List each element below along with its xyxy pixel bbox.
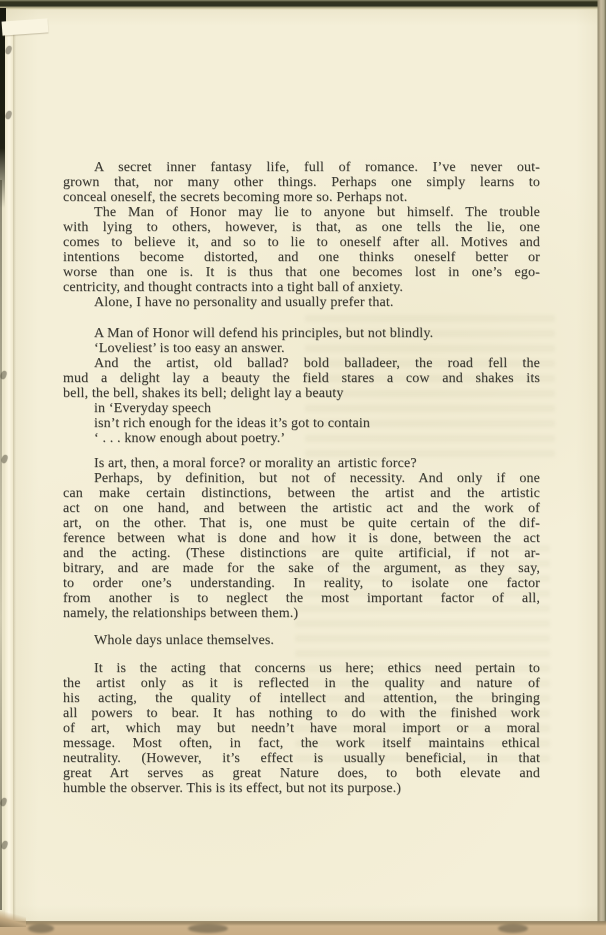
bottom-left-page-curl [0, 911, 26, 927]
text-line: of art, which may but needn’t have moral… [63, 721, 540, 736]
text-line: It is the acting that concerns us here; … [63, 661, 540, 676]
text-line: great Art serves as great Nature does, t… [63, 766, 540, 781]
text-line: conceal oneself, the secrets becoming mo… [63, 190, 540, 205]
text-line: bell, the bell, shakes its bell; delight… [63, 386, 540, 401]
text-line: from another is to neglect the most impo… [63, 591, 540, 606]
edge-smudge [498, 924, 528, 933]
paragraph-block: A Man of Honor will defend his principle… [63, 326, 540, 446]
text-line: ‘ . . . know enough about poetry.’ [63, 431, 540, 446]
text-line: And the artist, old ballad? bold ballade… [63, 356, 540, 371]
text-line: The Man of Honor may lie to anyone but h… [63, 205, 540, 220]
edge-smudge [28, 924, 54, 933]
text-line: namely, the relationships between them.) [63, 606, 540, 621]
text-line: centricity, and thought contracts into a… [63, 280, 540, 295]
page-block-edge-bottom [0, 921, 606, 935]
text-line: intentions become distorted, and one thi… [63, 250, 540, 265]
text-line: mud a delight lay a beauty the field sta… [63, 371, 540, 386]
text-line: the artist only as it is reflected in th… [63, 676, 540, 691]
text-line: can make certain distinctions, between t… [63, 486, 540, 501]
text-line: isn’t rich enough for the ideas it’s got… [63, 416, 540, 431]
text-line: all powers to bear. It has nothing to do… [63, 706, 540, 721]
text-line: bitrary, and are made for the sake of th… [63, 561, 540, 576]
text-line: grown that, nor many other things. Perha… [63, 175, 540, 190]
paragraph-block: It is the acting that concerns us here; … [63, 661, 540, 796]
text-line: Perhaps, by definition, but not of neces… [63, 471, 540, 486]
text-line: message. Most often, in fact, the work i… [63, 736, 540, 751]
text-line: neutrality. (However, it’s effect is usu… [63, 751, 540, 766]
text-line: Whole days unlace themselves. [63, 633, 540, 648]
paragraph-block: Whole days unlace themselves. [63, 633, 540, 648]
edge-smudge [188, 924, 228, 933]
text-line: to order one’s understanding. In reality… [63, 576, 540, 591]
paragraph-block: Is art, then, a moral force? or morality… [63, 456, 540, 621]
text-line: in ‘Everyday speech [63, 401, 540, 416]
paragraph-block: A secret inner fantasy life, full of rom… [63, 160, 540, 310]
text-line: ‘Loveliest’ is too easy an answer. [63, 341, 540, 356]
text-line: with lying to others, however, is that, … [63, 220, 540, 235]
text-line: and the acting. (These distinctions are … [63, 546, 540, 561]
scanned-book-page: A secret inner fantasy life, full of rom… [0, 0, 606, 935]
text-line: his acting, the quality of intellect and… [63, 691, 540, 706]
book-cover-edge-top [0, 0, 606, 10]
text-line: comes to believe it, and so to lie to on… [63, 235, 540, 250]
text-line: act on one hand, and between the artisti… [63, 501, 540, 516]
text-line: Is art, then, a moral force? or morality… [63, 456, 540, 471]
text-line: A secret inner fantasy life, full of rom… [63, 160, 540, 175]
gutter-crease [13, 30, 16, 920]
book-board-edge-right [597, 0, 606, 935]
text-line: worse than one is. It is thus that one b… [63, 265, 540, 280]
text-line: art, on the other. That is, one must be … [63, 516, 540, 531]
text-line: A Man of Honor will defend his principle… [63, 326, 540, 341]
text-line: humble the observer. This is its effect,… [63, 781, 540, 796]
text-line: Alone, I have no personality and usually… [63, 295, 540, 310]
text-line: ference between what is done and how it … [63, 531, 540, 546]
